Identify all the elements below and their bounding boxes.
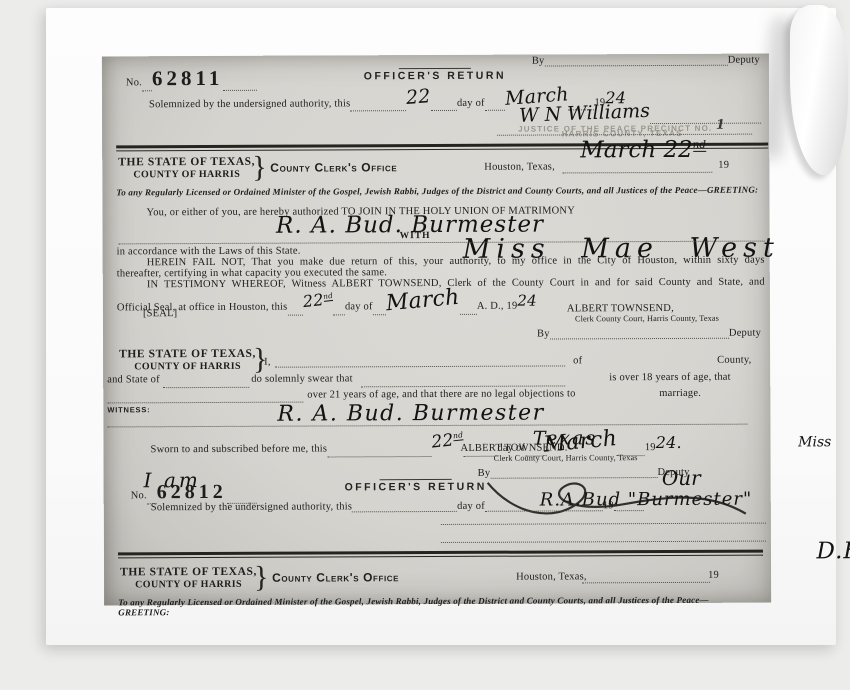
section-title: OFFICER'S RETURN (345, 70, 525, 83)
day-superscript: nd (323, 291, 334, 302)
ad-year-printed: A. D., 19 (477, 301, 518, 312)
state-county-block-1: THE STATE OF TEXAS, COUNTY OF HARRIS (118, 156, 255, 181)
dotted-line (163, 386, 249, 388)
brace-glyph: } (252, 151, 267, 185)
seal-label: [SEAL] (143, 308, 178, 319)
county-clerks-office-title: County Clerk's Office (270, 160, 397, 175)
sworn-row: Sworn to and subscribed before me, this … (150, 431, 765, 459)
official-seal-row: Official Seal, at office in Houston, thi… (117, 290, 537, 317)
date-superscript: nd (693, 139, 706, 152)
state-line: THE STATE OF TEXAS, (118, 156, 255, 170)
month-handwritten: March (385, 285, 461, 317)
day-handwritten: 22nd (430, 429, 464, 452)
section-title: OFFICER'S RETURN (326, 481, 506, 494)
section-divider-rule (118, 550, 763, 559)
i-label: I, (264, 357, 271, 368)
of-label: of (573, 355, 582, 366)
by-label: By (532, 56, 545, 67)
by-label: By (537, 329, 550, 340)
dotted-line (352, 501, 457, 512)
swear-label: do solemnly swear that (251, 373, 353, 384)
county-word: County, (717, 355, 751, 366)
license-number: 62812 (157, 481, 227, 504)
solemnized-text: Solemnized by the undersigned authority,… (151, 501, 352, 513)
county-line: COUNTY OF HARRIS (120, 579, 257, 591)
clerk-name-2: ALBERT TOWNSEND. (460, 442, 567, 453)
greeting-line-2: To any Regularly Licensed or Ordained Mi… (118, 595, 738, 618)
with-label: WITH (400, 231, 431, 241)
dotted-line (107, 401, 303, 404)
deputy-label: Deputy (728, 55, 760, 66)
clerk-title-1: Clerk County Court, Harris County, Texas (575, 314, 719, 324)
dotted-line (361, 384, 565, 387)
dotted-line (327, 432, 431, 457)
date-handwritten: March 22nd (580, 137, 706, 164)
day-of-label: day of (457, 98, 485, 109)
brace-glyph: } (254, 561, 269, 595)
miss-handwritten: Miss (798, 434, 831, 450)
license-number-row-2: No. 62812 (131, 481, 257, 505)
marriage-label: marriage. (659, 388, 701, 399)
place-label: Houston, Texas, (484, 161, 555, 172)
dotted-line (582, 581, 710, 584)
dotted-line (544, 55, 727, 67)
greeting-line-1: To any Regularly Licensed or Ordained Mi… (116, 185, 766, 198)
place-label: Houston, Texas, (516, 571, 587, 582)
and-state-of-label: and State of (107, 374, 160, 385)
day-handwritten: 22nd (302, 289, 334, 311)
photo-paper: By Deputy No. 62811 OFFICER'S RETURN Sol… (46, 8, 836, 645)
county-clerks-office-title: County Clerk's Office (272, 570, 399, 585)
dotted-line (350, 89, 406, 111)
year-handwritten: 24. (656, 433, 682, 452)
dotted-line (550, 328, 729, 340)
dotted-line (147, 481, 157, 504)
state-line: THE STATE OF TEXAS, (119, 348, 256, 362)
year-handwritten: 24 (517, 292, 537, 310)
dotted-line (614, 500, 644, 511)
license-number: 62811 (152, 66, 223, 91)
year-printed: 19 (718, 160, 729, 171)
state-county-block-2: THE STATE OF TEXAS, COUNTY OF HARRIS (119, 348, 256, 373)
dotted-line (441, 540, 766, 543)
deputy-signature-2: D.H.Kennedy (816, 538, 850, 565)
clerk-name-1: ALBERT TOWNSEND, (567, 303, 674, 314)
accordance-line: in accordance with the Laws of this Stat… (117, 246, 301, 258)
year-printed: 19 (603, 500, 614, 511)
no-label: No. (131, 490, 147, 501)
day-of-label: day of (345, 301, 373, 312)
solemnized-row-2: Solemnized by the undersigned authority,… (151, 500, 651, 513)
clerk-title-2: Clerk County Court, Harris County, Texas (494, 453, 638, 463)
day-text: 22 (302, 290, 325, 311)
dotted-line (562, 171, 712, 174)
no-label: No. (126, 77, 142, 88)
sworn-text: Sworn to and subscribed before me, this (150, 443, 327, 455)
dotted-line (142, 66, 152, 91)
day-superscript: nd (452, 431, 463, 442)
dotted-line (460, 290, 477, 315)
witness-label: WITNESS: (107, 405, 150, 414)
dotted-line (333, 290, 345, 315)
license-number-row-1: No. 62811 (126, 66, 258, 92)
state-county-block-3: THE STATE OF TEXAS, COUNTY OF HARRIS (120, 566, 257, 591)
year-printed: 19 (708, 570, 719, 581)
dotted-line (275, 364, 565, 367)
age18-label: is over 18 years of age, that (609, 372, 731, 384)
year-printed: 19 (645, 442, 656, 453)
dotted-line (107, 423, 747, 428)
corner-curl (790, 5, 848, 175)
age21-label: over 21 years of age, and that there are… (307, 388, 575, 400)
by-deputy-row-1: By Deputy (537, 328, 761, 340)
county-line: COUNTY OF HARRIS (118, 169, 255, 181)
dotted-line (287, 291, 302, 316)
deputy-label: Deputy (729, 328, 761, 339)
by-deputy-line-top: By Deputy (532, 55, 760, 67)
county-line: COUNTY OF HARRIS (119, 361, 256, 373)
dotted-line (431, 89, 457, 111)
day-handwritten: 22 (406, 85, 432, 109)
day-of-label: day of (457, 501, 485, 512)
dotted-line (485, 89, 505, 111)
herein-line: HEREIN FAIL NOT, That you make due retur… (147, 255, 765, 269)
dotted-line (227, 481, 257, 504)
officers-return-title-1: OFFICER'S RETURN (345, 68, 525, 83)
dotted-line (223, 66, 257, 91)
date-text: March 22 (580, 137, 693, 163)
marriage-license-document: By Deputy No. 62811 OFFICER'S RETURN Sol… (102, 54, 771, 606)
dotted-line (485, 500, 603, 512)
state-line: THE STATE OF TEXAS, (120, 566, 257, 580)
solemnized-text: Solemnized by the undersigned authority,… (149, 98, 350, 110)
day-text: 22 (430, 430, 454, 452)
officers-return-title-2: OFFICER'S RETURN (326, 479, 506, 494)
